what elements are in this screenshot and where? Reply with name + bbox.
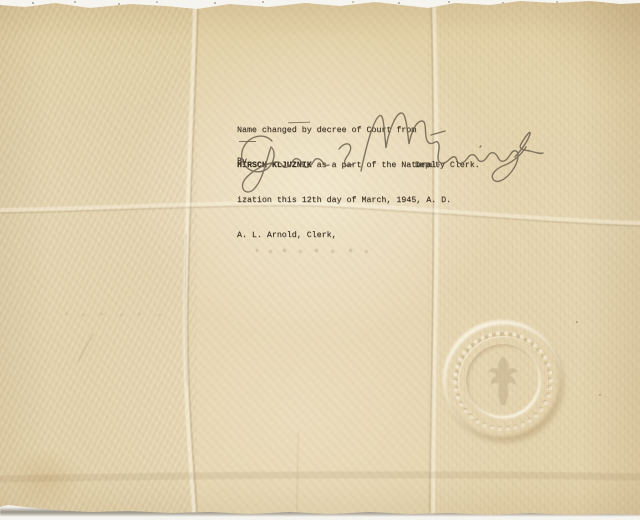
typed-line-4: A. L. Arnold, Clerk, (237, 230, 497, 242)
bleed-through-marks (253, 249, 256, 252)
signature (225, 105, 545, 205)
embossed-court-seal (444, 322, 562, 440)
dust-specks (0, 0, 2, 2)
folded-paper-sheet: Name changed by decree of Court from HIR… (0, 0, 640, 520)
paper-speck (599, 394, 601, 396)
bleed-through-marks (62, 313, 65, 315)
scanned-document: Name changed by decree of Court from HIR… (0, 0, 640, 520)
seal-eagle-emblem (483, 353, 523, 409)
paper-speck (576, 321, 578, 323)
